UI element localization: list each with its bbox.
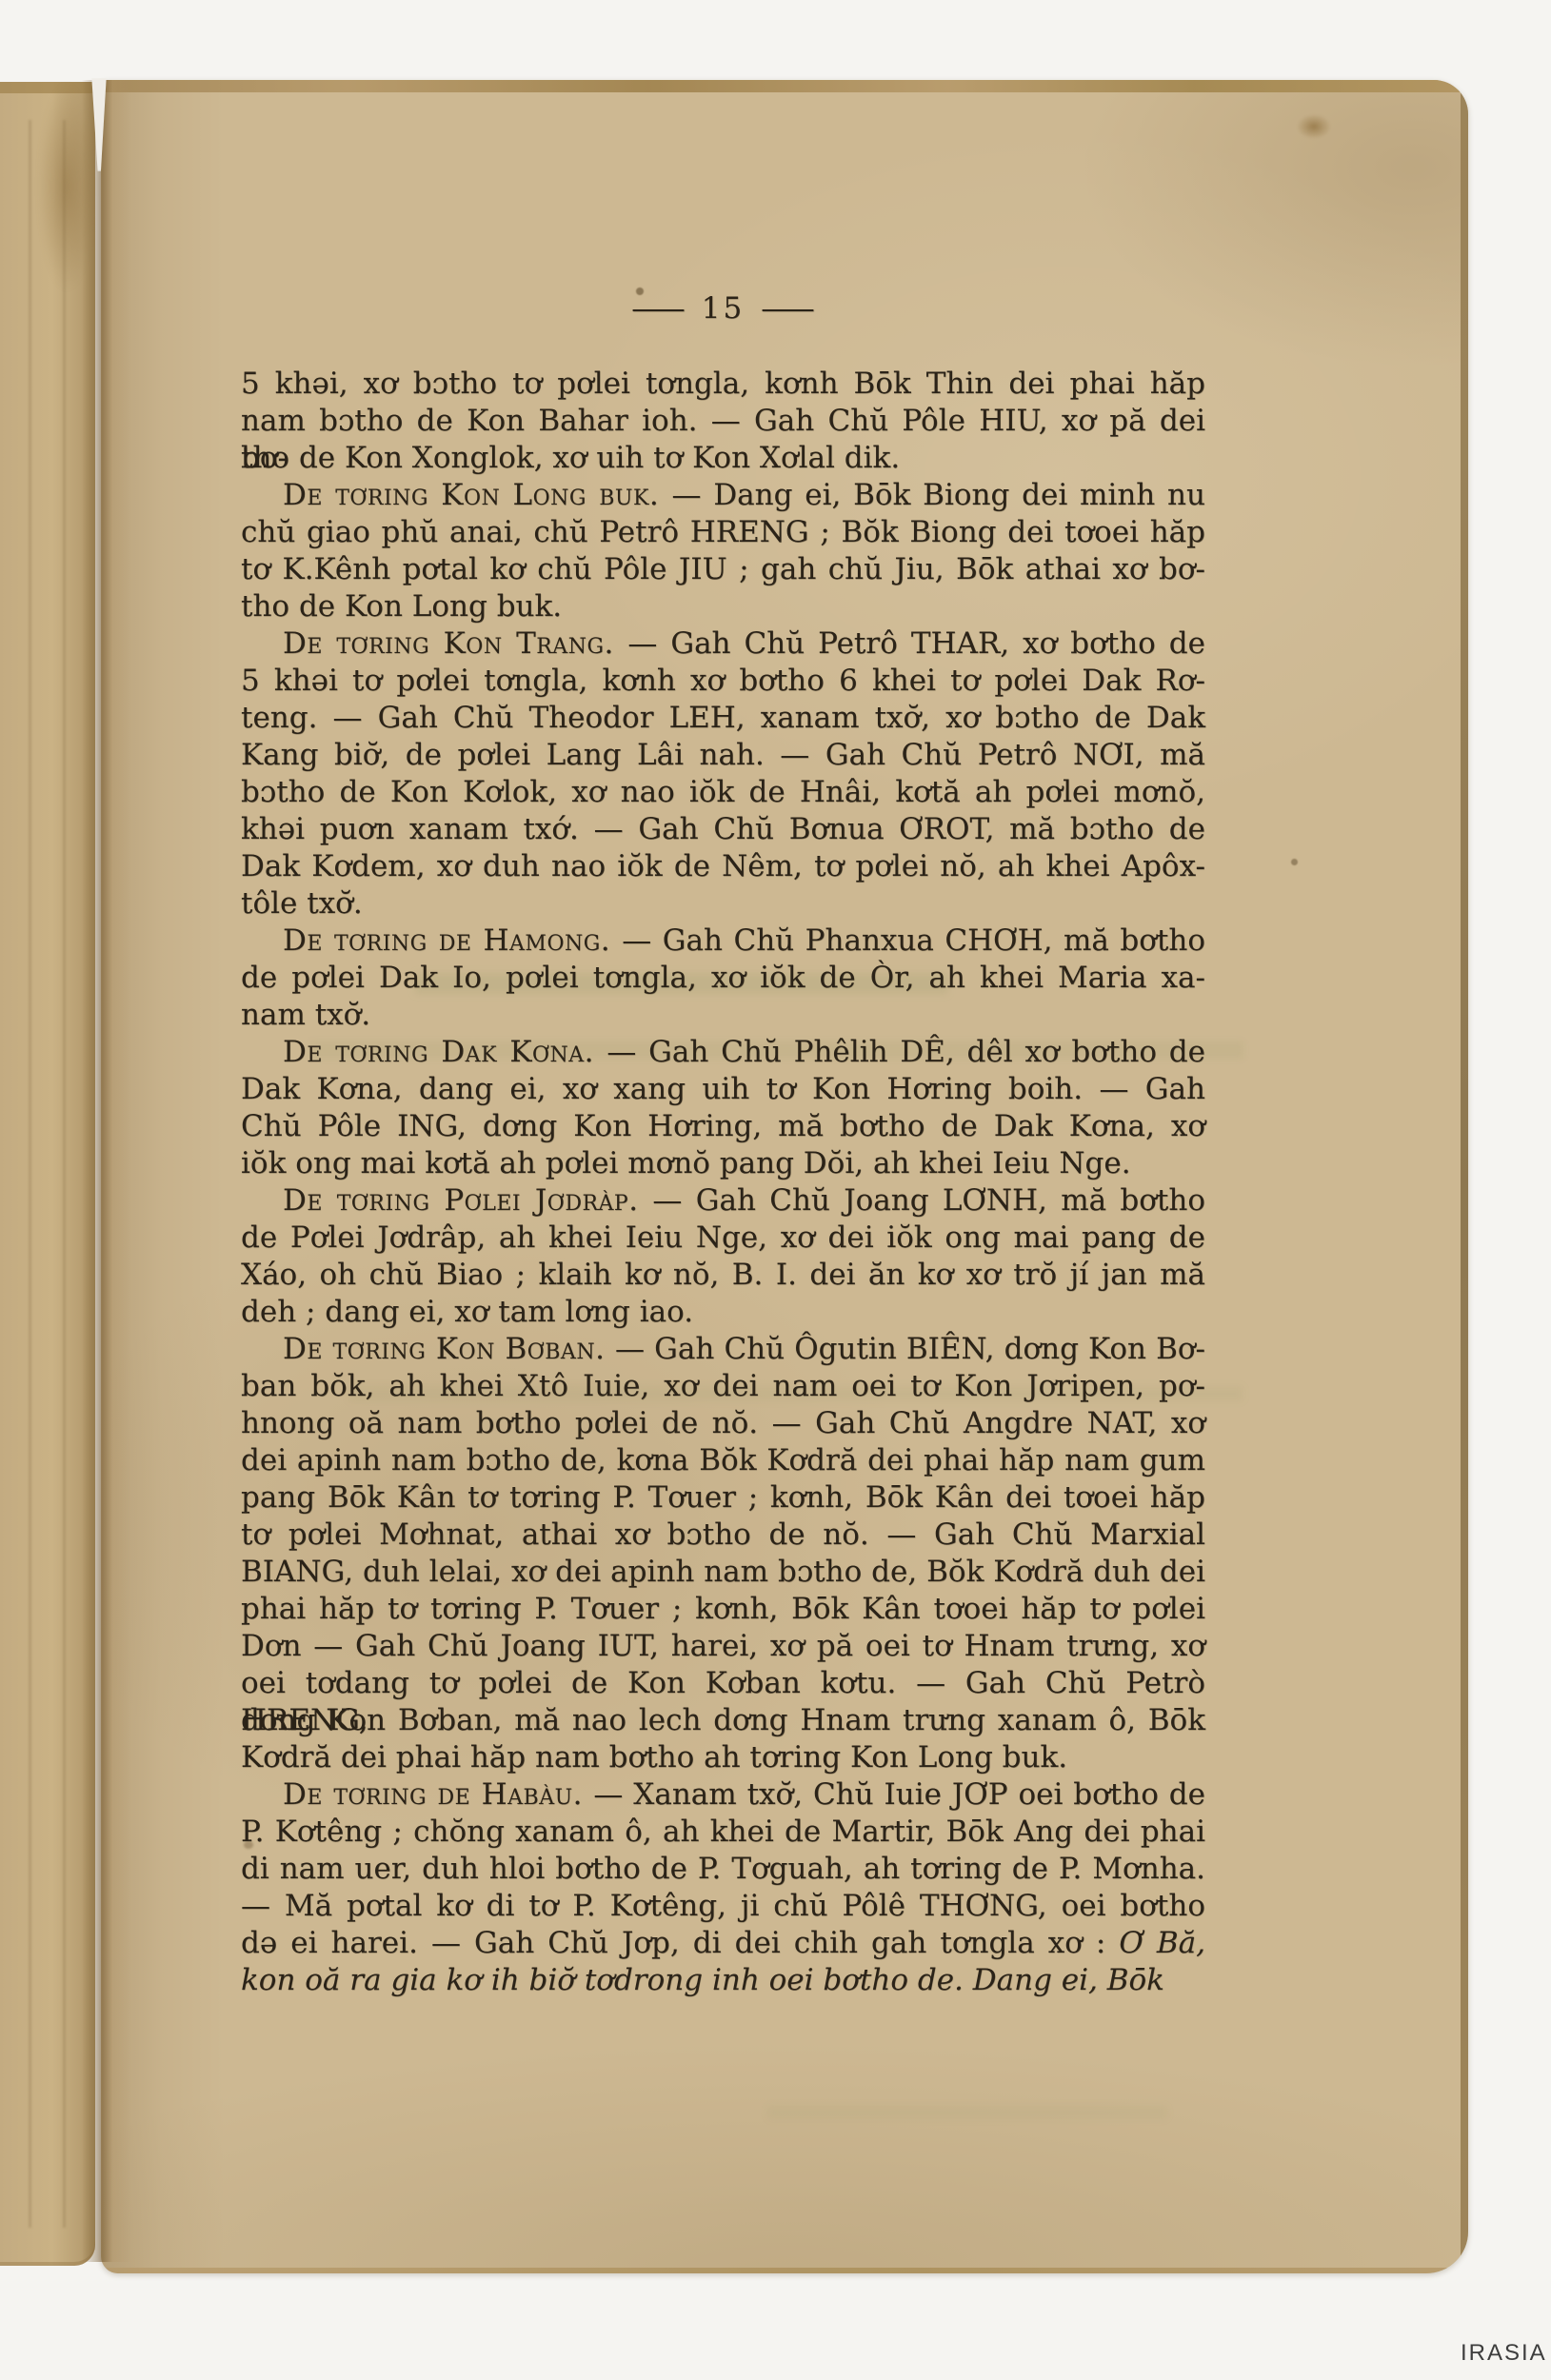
- page-right-edge: [1461, 86, 1468, 2270]
- text-line: tơ pơlei Mơhnat, athai xơ bɔtho de nŏ. —…: [241, 1517, 1205, 1554]
- text-segment: 5 khəi, xơ bɔtho tơ pơlei tơngla, kơnh B…: [241, 367, 1205, 401]
- text-segment: ban bŏk, ah khei Xtô Iuie, xơ dei nam oe…: [241, 1369, 1205, 1403]
- text-line: de Pơlei Jơdrâp, ah khei Ieiu Nge, xơ de…: [241, 1220, 1205, 1257]
- text-line: Chŭ Pôle ING, dơng Kon Hơring, mă bơtho …: [241, 1108, 1205, 1145]
- section-heading: De tơring Kon Long buk.: [283, 478, 672, 512]
- text-line: de pơlei Dak Io, pơlei tơngla, xơ iŏk de…: [241, 960, 1205, 997]
- text-segment: — Mă pơtal kơ di tơ P. Kơtêng, ji chŭ Pô…: [241, 1889, 1205, 1923]
- text-segment: Dak Kơna, dang ei, xơ xang uih tơ Kon Hơ…: [241, 1072, 1205, 1106]
- text-line: nam bɔtho de Kon Bahar ioh. — Gah Chŭ Pô…: [241, 403, 1205, 440]
- text-line: ban bŏk, ah khei Xtô Iuie, xơ dei nam oe…: [241, 1368, 1205, 1405]
- page-number: —15—: [241, 291, 1205, 326]
- text-segment: 5 khəi tơ pơlei tơngla, kơnh xơ bơtho 6 …: [241, 664, 1205, 698]
- paper-speck: [1291, 859, 1298, 865]
- text-segment: dei apinh nam bɔtho de, kơna Bŏk Kơdră d…: [241, 1443, 1205, 1478]
- text-segment: Chŭ Pôle ING, dơng Kon Hơring, mă bơtho …: [241, 1109, 1205, 1143]
- text-line: tơ K.Kênh pơtal kơ chŭ Pôle JIU ; gah ch…: [241, 551, 1205, 588]
- paper-stain: [1297, 114, 1331, 139]
- section-heading: De tơring de Hamong.: [283, 923, 622, 958]
- text-line: di nam uer, duh hloi bơtho de P. Tơguah,…: [241, 1851, 1205, 1888]
- text-line: De tơring Dak Kơna. — Gah Chŭ Phêlih DÊ,…: [241, 1034, 1205, 1071]
- text-segment: nam txơ̆.: [241, 998, 370, 1032]
- text-line: pang Bōk Kân tơ tơring P. Tơuer ; kơnh, …: [241, 1479, 1205, 1517]
- text-line: dei apinh nam bɔtho de, kơna Bŏk Kơdră d…: [241, 1442, 1205, 1479]
- text-segment: tho de Kon Long buk.: [241, 589, 562, 624]
- text-line: hnong oă nam bơtho pơlei de nŏ. — Gah Ch…: [241, 1405, 1205, 1442]
- text-segment: Xáo, oh chŭ Biao ; klaih kơ nŏ, B. I. de…: [241, 1258, 1205, 1292]
- paper-smudge: [38, 82, 95, 291]
- text-line: iŏk ong mai kơtă ah pơlei mơnŏ pang Dŏi,…: [241, 1145, 1205, 1182]
- text-line: tho de Kon Xonglok, xơ uih tơ Kon Xơlal …: [241, 440, 1205, 477]
- text-line: De tơring de Hamong. — Gah Chŭ Phanxua C…: [241, 922, 1205, 960]
- text-segment: khəi puơn xanam txớ. — Gah Chŭ Bơnua ƠRO…: [241, 812, 1205, 846]
- text-segment: hnong oă nam bơtho pơlei de nŏ. — Gah Ch…: [241, 1406, 1205, 1440]
- text-line: Kang biơ̆, de pơlei Lang Lâi nah. — Gah …: [241, 737, 1205, 774]
- text-segment: kon oă ra gia kơ ih biơ̆ tơdrong inh oei…: [241, 1963, 1164, 1997]
- book-page: —15— 5 khəi, xơ bɔtho tơ pơlei tơngla, k…: [101, 80, 1468, 2273]
- text-segment: phai hăp tơ tơring P. Tơuer ; kơnh, Bōk …: [241, 1592, 1205, 1626]
- text-segment: Dak Kơdem, xơ duh nao iŏk de Nêm, tơ pơl…: [241, 849, 1205, 883]
- text-line: De tơring Kon Trang. — Gah Chŭ Petrô THA…: [241, 625, 1205, 663]
- scan-stage: —15— 5 khəi, xơ bɔtho tơ pơlei tơngla, k…: [0, 0, 1551, 2380]
- text-line: bɔtho de Kon Kơlok, xơ nao iŏk de Hnâi, …: [241, 774, 1205, 811]
- text-line: tôle txơ̆.: [241, 885, 1205, 922]
- text-line: oei tơdang tơ pơlei de Kon Kơban kơtu. —…: [241, 1665, 1205, 1702]
- show-through-ghost: [767, 2106, 1167, 2119]
- text-line: De tơring de Habàu. — Xanam txơ̆, Chŭ Iu…: [241, 1776, 1205, 1814]
- text-segment: deh ; dang ei, xơ tam lơng iao.: [241, 1295, 693, 1329]
- text-segment: — Gah Chŭ Phêlih DÊ, dêl xơ bơtho de: [606, 1035, 1205, 1069]
- text-line: tho de Kon Long buk.: [241, 588, 1205, 625]
- text-segment: dơng Kon Bơban, mă nao lech dơng Hnam tr…: [241, 1703, 1205, 1737]
- text-line: chŭ giao phŭ anai, chŭ Petrô HRENG ; Bŏk…: [241, 514, 1205, 551]
- text-segment: tho de Kon Xonglok, xơ uih tơ Kon Xơlal …: [241, 441, 900, 475]
- text-line: Dak Kơna, dang ei, xơ xang uih tơ Kon Hơ…: [241, 1071, 1205, 1108]
- page-bottom-edge: [107, 2268, 1464, 2273]
- page-number-dash: —: [630, 291, 686, 326]
- text-line: 5 khəi, xơ bɔtho tơ pơlei tơngla, kơnh B…: [241, 366, 1205, 403]
- text-block: 5 khəi, xơ bɔtho tơ pơlei tơngla, kơnh B…: [241, 366, 1205, 1999]
- text-segment: BIANG, duh lelai, xơ dei apinh nam bɔtho…: [241, 1555, 1205, 1589]
- archive-watermark: IRASIA: [1461, 2340, 1547, 2367]
- text-segment: Dơn — Gah Chŭ Joang IUT, harei, xơ pă oe…: [241, 1629, 1205, 1663]
- text-segment: Kơdră dei phai hăp nam bơtho ah tơring K…: [241, 1740, 1067, 1775]
- text-line: P. Kơtêng ; chŏng xanam ô, ah khei de Ma…: [241, 1814, 1205, 1851]
- text-segment: teng. — Gah Chŭ Theodor LEH, xanam txơ̆,…: [241, 701, 1205, 735]
- text-line: kon oă ra gia kơ ih biơ̆ tơdrong inh oei…: [241, 1962, 1205, 1999]
- text-line: deh ; dang ei, xơ tam lơng iao.: [241, 1294, 1205, 1331]
- text-segment: Kang biơ̆, de pơlei Lang Lâi nah. — Gah …: [241, 738, 1205, 772]
- text-segment: iŏk ong mai kơtă ah pơlei mơnŏ pang Dŏi,…: [241, 1146, 1131, 1180]
- text-segment: — Gah Chŭ Ôgutin BIÊN, dơng Kon Bơ-: [615, 1332, 1205, 1366]
- text-line: 5 khəi tơ pơlei tơngla, kơnh xơ bơtho 6 …: [241, 663, 1205, 700]
- page-crease-line: [63, 120, 66, 2228]
- text-line: — Mă pơtal kơ di tơ P. Kơtêng, ji chŭ Pô…: [241, 1888, 1205, 1925]
- text-line: Xáo, oh chŭ Biao ; klaih kơ nŏ, B. I. de…: [241, 1257, 1205, 1294]
- section-heading: De tơring Dak Kơna.: [283, 1035, 606, 1069]
- text-line: Dơn — Gah Chŭ Joang IUT, harei, xơ pă oe…: [241, 1628, 1205, 1665]
- page-crease-line: [29, 120, 31, 2228]
- text-segment: — Gah Chŭ Joang LƠNH, mă bơtho: [652, 1183, 1205, 1218]
- text-segment: tơ pơlei Mơhnat, athai xơ bɔtho de nŏ. —…: [241, 1517, 1205, 1552]
- text-segment: tôle txơ̆.: [241, 886, 363, 921]
- text-segment: Ơ Bă,: [1119, 1926, 1205, 1960]
- text-segment: də ei harei. — Gah Chŭ Jơp, di dei chih …: [241, 1926, 1119, 1960]
- text-line: nam txơ̆.: [241, 997, 1205, 1034]
- text-segment: bɔtho de Kon Kơlok, xơ nao iŏk de Hnâi, …: [241, 775, 1205, 809]
- text-line: BIANG, duh lelai, xơ dei apinh nam bɔtho…: [241, 1554, 1205, 1591]
- text-segment: tơ K.Kênh pơtal kơ chŭ Pôle JIU ; gah ch…: [241, 552, 1205, 586]
- page-number-value: 15: [702, 291, 745, 326]
- text-segment: de pơlei Dak Io, pơlei tơngla, xơ iŏk de…: [241, 961, 1205, 995]
- section-heading: De tơring Pơlei Jơdràp.: [283, 1183, 652, 1218]
- text-segment: — Gah Chŭ Phanxua CHƠH, mă bơtho: [622, 923, 1205, 958]
- text-segment: P. Kơtêng ; chŏng xanam ô, ah khei de Ma…: [241, 1815, 1205, 1849]
- section-heading: De tơring Kon Trang.: [283, 626, 627, 661]
- text-segment: — Dang ei, Bōk Biong dei minh nu: [672, 478, 1205, 512]
- text-line: khəi puơn xanam txớ. — Gah Chŭ Bơnua ƠRO…: [241, 811, 1205, 848]
- section-heading: De tơring Kon Bơban.: [283, 1332, 615, 1366]
- text-line: də ei harei. — Gah Chŭ Jơp, di dei chih …: [241, 1925, 1205, 1962]
- section-heading: De tơring de Habàu.: [283, 1777, 593, 1812]
- text-segment: de Pơlei Jơdrâp, ah khei Ieiu Nge, xơ de…: [241, 1220, 1205, 1255]
- text-line: teng. — Gah Chŭ Theodor LEH, xanam txơ̆,…: [241, 700, 1205, 737]
- previous-page-edge: [0, 82, 95, 2266]
- text-segment: — Gah Chŭ Petrô THAR, xơ bơtho de: [627, 626, 1205, 661]
- text-line: Kơdră dei phai hăp nam bơtho ah tơring K…: [241, 1739, 1205, 1776]
- text-line: Dak Kơdem, xơ duh nao iŏk de Nêm, tơ pơl…: [241, 848, 1205, 885]
- page-number-dash: —: [760, 291, 816, 326]
- text-line: De tơring Kon Long buk. — Dang ei, Bōk B…: [241, 477, 1205, 514]
- text-line: phai hăp tơ tơring P. Tơuer ; kơnh, Bōk …: [241, 1591, 1205, 1628]
- page-top-deckle-edge: [101, 80, 1468, 92]
- text-segment: pang Bōk Kân tơ tơring P. Tơuer ; kơnh, …: [241, 1480, 1205, 1515]
- text-line: De tơring Pơlei Jơdràp. — Gah Chŭ Joang …: [241, 1182, 1205, 1220]
- text-segment: — Xanam txơ̆, Chŭ Iuie JƠP oei bơtho de: [593, 1777, 1205, 1812]
- text-line: dơng Kon Bơban, mă nao lech dơng Hnam tr…: [241, 1702, 1205, 1739]
- text-segment: chŭ giao phŭ anai, chŭ Petrô HRENG ; Bŏk…: [241, 515, 1205, 549]
- text-segment: di nam uer, duh hloi bơtho de P. Tơguah,…: [241, 1852, 1205, 1886]
- text-line: De tơring Kon Bơban. — Gah Chŭ Ôgutin BI…: [241, 1331, 1205, 1368]
